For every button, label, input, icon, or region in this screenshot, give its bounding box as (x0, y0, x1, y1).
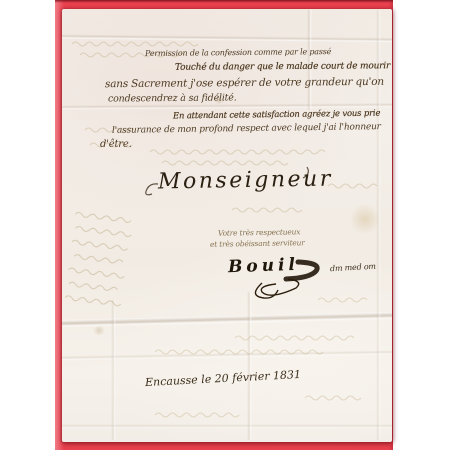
closing-line: et très obéissant serviteur (210, 238, 305, 249)
letter-line: sans Sacrement j'ose espérer de votre gr… (105, 76, 384, 90)
letter-line: condescendrez à sa fidélité. (108, 92, 237, 104)
signature: Bouil (228, 255, 300, 277)
salutation: Monseigneur (158, 166, 333, 194)
letter-line: d'être. (100, 139, 132, 150)
letter-line: Touché du danger que le malade court de … (175, 61, 390, 73)
closing-line: Votre très respectueux (218, 227, 300, 237)
letter-photo-stage: Permission de la confession comme par le… (0, 0, 450, 450)
